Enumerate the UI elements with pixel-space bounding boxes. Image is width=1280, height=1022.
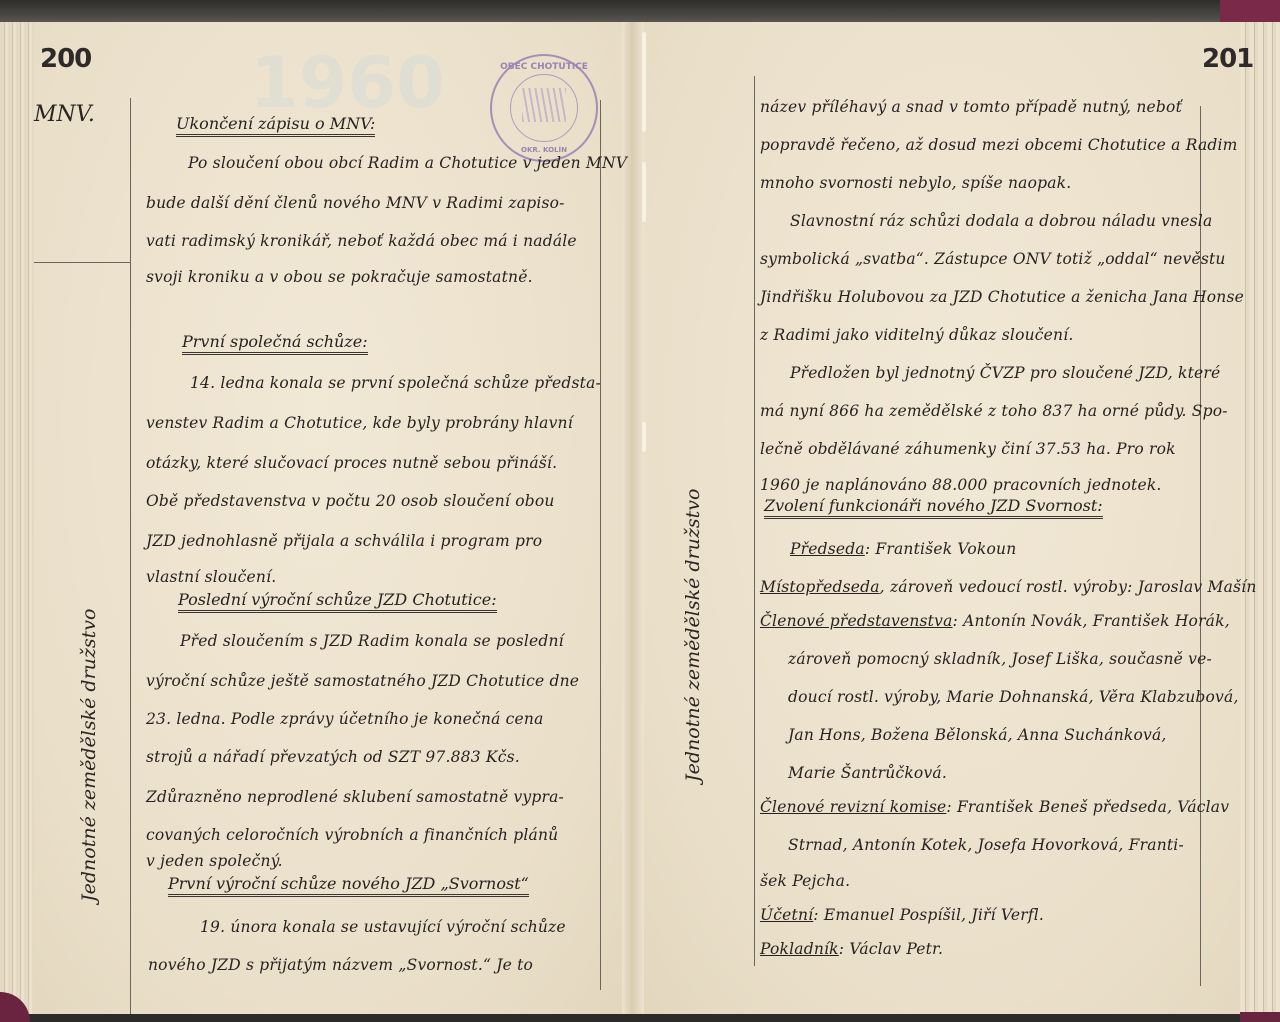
- role-note: zároveň vedoucí rostl. výroby: [890, 578, 1127, 596]
- role-label: Předseda: [790, 540, 865, 558]
- text-line: výroční schůze ještě samostatného JZD Ch…: [146, 672, 579, 690]
- margin-vertical-note: Jednotné zemědělské družstvo: [78, 609, 100, 902]
- bleed-through-year: 1960: [250, 42, 445, 124]
- official-row-chair: Předseda: František Vokoun: [790, 540, 1016, 558]
- cover-binding: [1240, 1012, 1280, 1022]
- official-names: Antonín Novák, František Horák,: [963, 612, 1230, 630]
- text-line: Marie Šantrůčková.: [788, 764, 947, 782]
- text-line: 19. února konala se ustavující výroční s…: [200, 918, 566, 936]
- section-heading: První výroční schůze nového JZD „Svornos…: [168, 874, 529, 897]
- section-heading: První společná schůze:: [182, 332, 368, 355]
- text-line: 23. ledna. Podle zprávy účetního je kone…: [146, 710, 544, 728]
- official-row-board: Členové představenstva: Antonín Novák, F…: [760, 612, 1230, 630]
- official-name: Václav Petr.: [849, 940, 943, 958]
- stamp-top-text: OBEC CHOTUTICE: [492, 62, 596, 72]
- section-heading: Poslední výroční schůze JZD Chotutice:: [178, 590, 497, 613]
- right-page: 201 Jednotné zemědělské družstvo název p…: [632, 22, 1280, 1014]
- role-label: Členové představenstva: [760, 612, 953, 630]
- text-line: má nyní 866 ha zemědělské z toho 837 ha …: [760, 402, 1228, 420]
- text-line: z Radimi jako viditelný důkaz sloučení.: [760, 326, 1074, 344]
- text-line: 1960 je naplánováno 88.000 pracovních je…: [760, 476, 1162, 494]
- stamp-emblem-icon: [522, 88, 566, 122]
- text-line: Slavnostní ráz schůzi dodala a dobrou ná…: [790, 212, 1212, 230]
- binding-stitch: [642, 422, 646, 452]
- text-line: lečně obdělávané záhumenky činí 37.53 ha…: [760, 440, 1176, 458]
- margin-tag: MNV.: [34, 102, 95, 127]
- text-line: šek Pejcha.: [760, 872, 850, 890]
- text-line: venstev Radim a Chotutice, kde byly prob…: [146, 414, 573, 432]
- page-number: 200: [40, 44, 91, 74]
- book-cover-bottom: [0, 1014, 1280, 1022]
- section-heading: Ukončení zápisu o MNV:: [176, 114, 375, 137]
- binding-stitch: [642, 162, 646, 222]
- text-line: Jindřišku Holubovou za JZD Chotutice a ž…: [760, 288, 1244, 306]
- text-line: popravdě řečeno, až dosud mezi obcemi Ch…: [760, 136, 1238, 154]
- text-line: mnoho svornosti nebylo, spíše naopak.: [760, 174, 1071, 192]
- text-line: nového JZD s přijatým názvem „Svornost.“…: [148, 956, 533, 974]
- margin-vertical-note: Jednotné zemědělské družstvo: [682, 489, 704, 782]
- text-line: v jeden společný.: [146, 852, 283, 870]
- text-line: Zdůrazněno neprodlené sklubení samostatn…: [146, 788, 564, 806]
- official-names: František Beneš předseda, Václav: [957, 798, 1229, 816]
- right-margin-rule: [600, 100, 601, 990]
- text-line: 14. ledna konala se první společná schůz…: [190, 374, 601, 392]
- text-line: JZD jednohlasně přijala a schválila i pr…: [146, 532, 542, 550]
- book-cover-top: [0, 0, 1280, 22]
- official-name: Jaroslav Mašín: [1138, 578, 1257, 596]
- official-row-audit: Členové revizní komise: František Beneš …: [760, 798, 1229, 816]
- text-line: Předložen byl jednotný ČVZP pro sloučené…: [790, 364, 1220, 382]
- text-line: Po sloučení obou obcí Radim a Chotutice …: [188, 154, 627, 172]
- margin-divider: [34, 262, 130, 263]
- text-line: Strnad, Antonín Kotek, Josefa Hovorková,…: [788, 836, 1184, 854]
- official-row-treasurer: Pokladník: Václav Petr.: [760, 940, 943, 958]
- text-line: bude další dění členů nového MNV v Radim…: [146, 194, 565, 212]
- text-line: zároveň pomocný skladník, Josef Liška, s…: [788, 650, 1212, 668]
- role-label: Pokladník: [760, 940, 839, 958]
- officials-heading: Zvolení funkcionáři nového JZD Svornost:: [764, 496, 1103, 519]
- margin-rule: [130, 98, 131, 1014]
- text-line: svoji kroniku a v obou se pokračuje samo…: [146, 268, 533, 286]
- official-row-vice-chair: Místopředseda, zároveň vedoucí rostl. vý…: [760, 578, 1257, 596]
- role-label: Členové revizní komise: [760, 798, 946, 816]
- municipal-stamp: OBEC CHOTUTICE OKR. KOLÍN: [490, 54, 598, 162]
- role-label: Účetní: [760, 906, 813, 924]
- text-line: Jan Hons, Božena Bělonská, Anna Suchánko…: [788, 726, 1167, 744]
- text-line: název příléhavý a snad v tomto případě n…: [760, 98, 1182, 116]
- stamp-bottom-text: OKR. KOLÍN: [492, 146, 596, 154]
- text-line: vlastní sloučení.: [146, 568, 276, 586]
- binding-stitch: [642, 32, 646, 132]
- official-name: František Vokoun: [875, 540, 1016, 558]
- text-line: Obě představenstva v počtu 20 osob slouč…: [146, 492, 555, 510]
- right-margin-rule: [1200, 106, 1201, 986]
- page-edges: [1240, 22, 1280, 1014]
- text-line: vati radimský kronikář, neboť každá obec…: [146, 232, 577, 250]
- text-line: covaných celoročních výrobních a finančn…: [146, 826, 558, 844]
- text-line: Před sloučením s JZD Radim konala se pos…: [180, 632, 564, 650]
- page-number: 201: [1202, 44, 1253, 74]
- cover-binding: [1220, 0, 1280, 22]
- text-line: symbolická „svatba“. Zástupce ONV totiž …: [760, 250, 1226, 268]
- official-name: Emanuel Pospíšil, Jiří Verfl.: [824, 906, 1044, 924]
- margin-rule: [754, 76, 755, 966]
- text-line: otázky, které slučovací proces nutně seb…: [146, 454, 557, 472]
- page-edges: [0, 22, 34, 1014]
- text-line: doucí rostl. výroby, Marie Dohnanská, Vě…: [788, 688, 1239, 706]
- role-label: Místopředseda: [760, 578, 880, 596]
- left-page: 1960 200 MNV. Jednotné zemědělské družst…: [0, 22, 632, 1014]
- text-line: strojů a nářadí převzatých od SZT 97.883…: [146, 748, 520, 766]
- official-row-accountant: Účetní: Emanuel Pospíšil, Jiří Verfl.: [760, 906, 1044, 924]
